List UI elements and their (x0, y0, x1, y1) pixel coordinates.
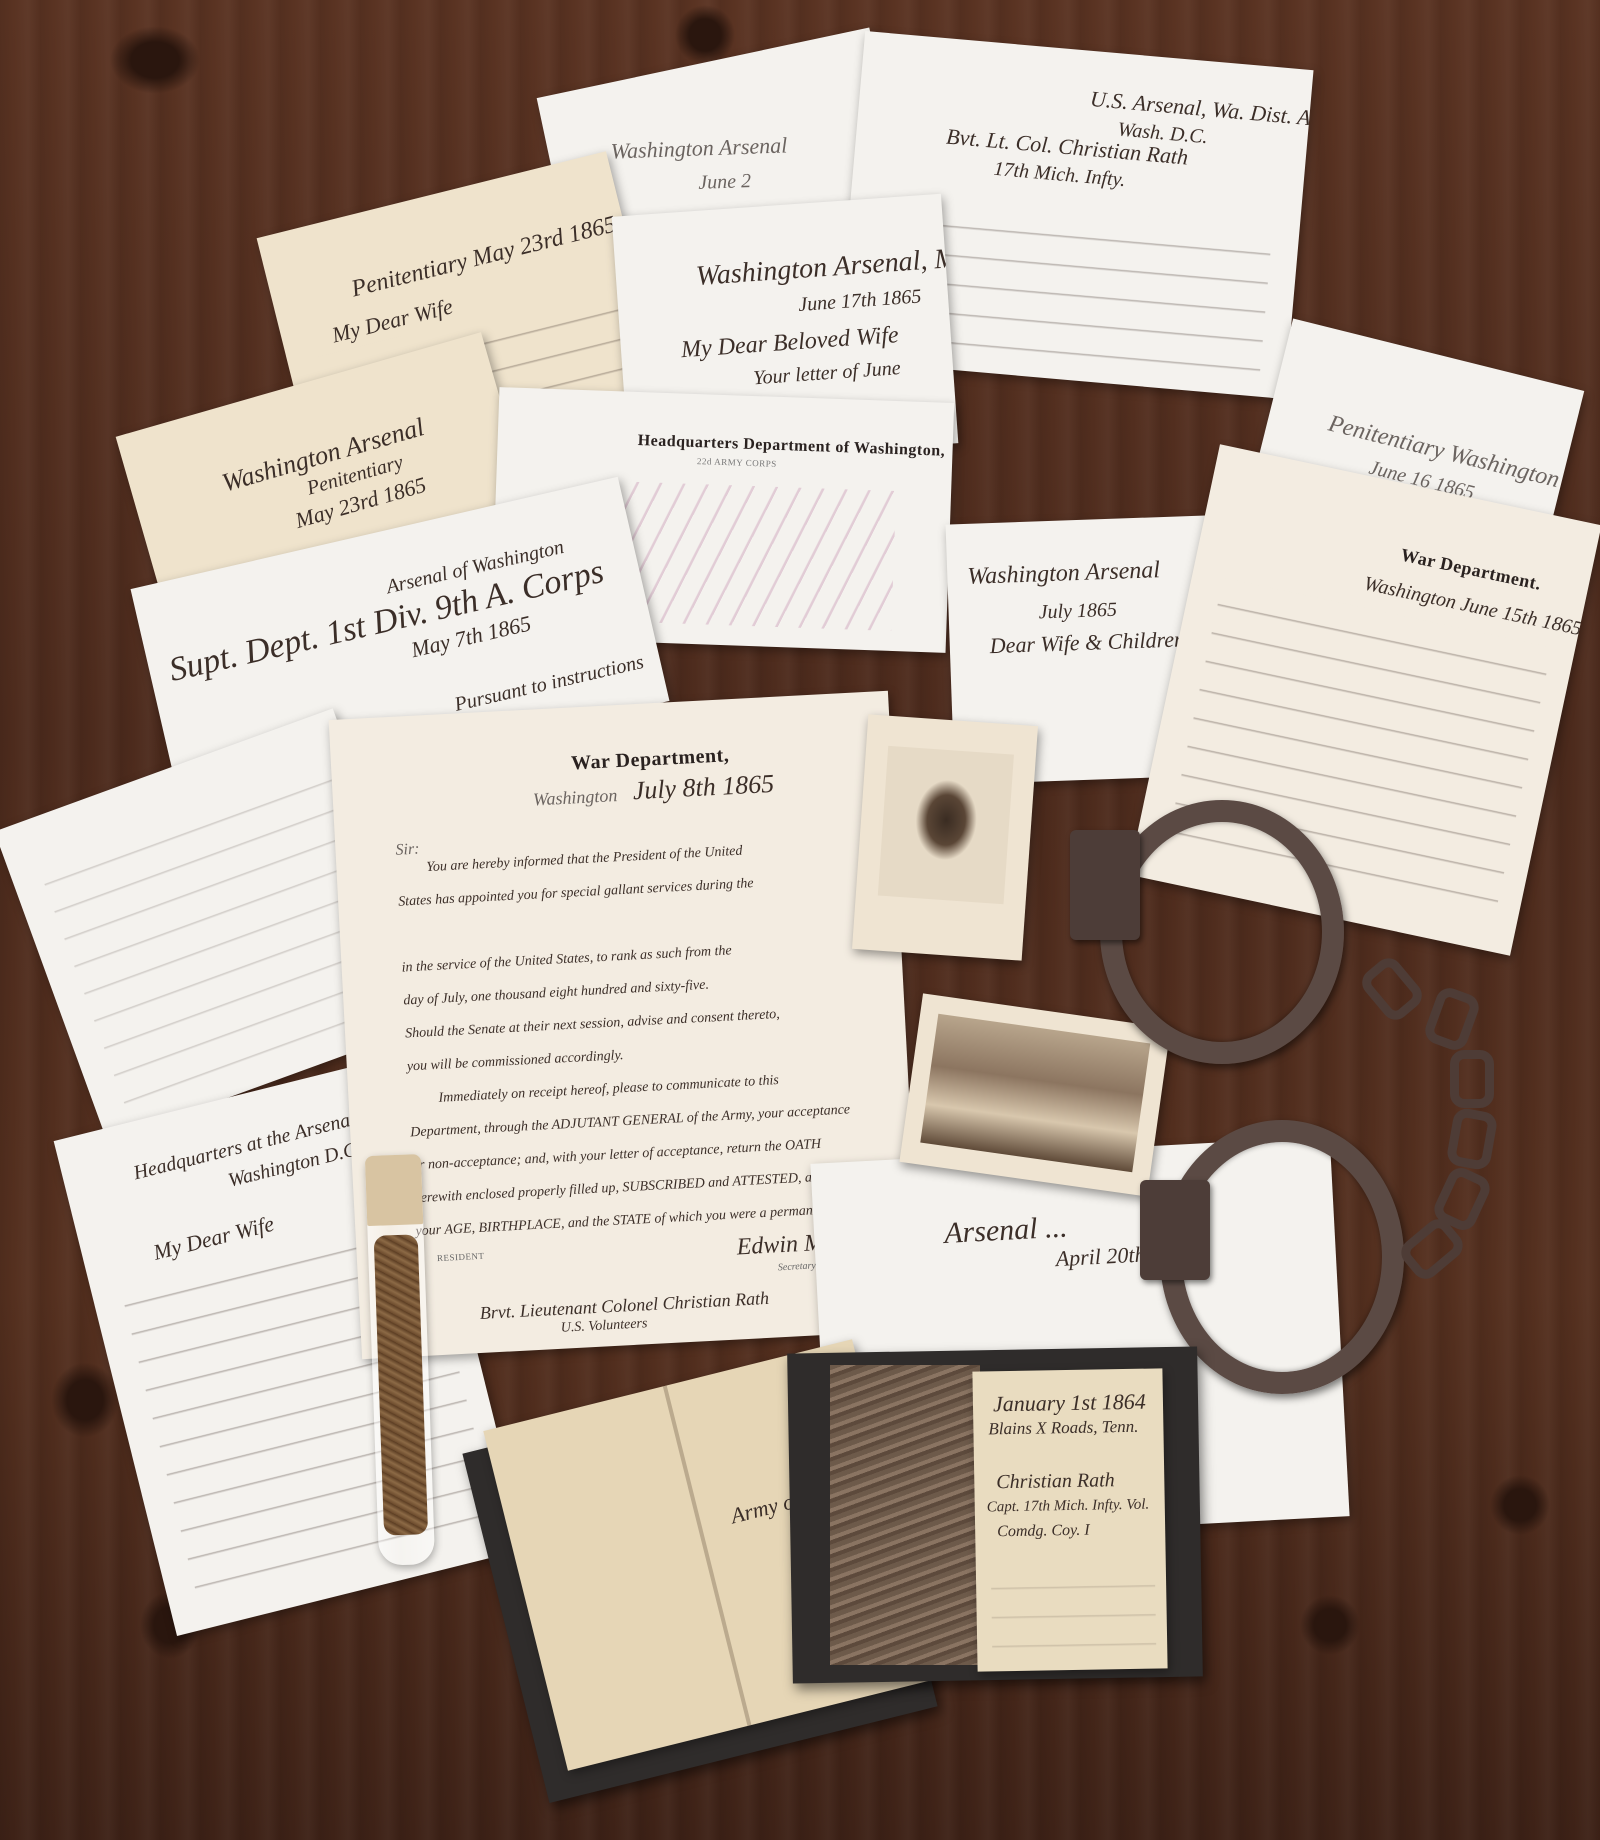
letter-salutation: My Dear Beloved Wife (680, 322, 899, 364)
portrait-officer (878, 746, 1014, 904)
commission-line: Should the Senate at their next session,… (405, 1007, 780, 1043)
letter-heading: Washington Arsenal (967, 557, 1161, 591)
commission-salutation: Sir: (395, 841, 420, 860)
letter-opening: Your letter of June (753, 357, 902, 390)
letter-heading: Penitentiary May 23rd 1865 (349, 211, 619, 303)
handcuff-hinge-bottom (1140, 1180, 1210, 1280)
commission-line: you will be commissioned accordingly. (407, 1048, 624, 1075)
handcuff-hinge-top (1070, 830, 1140, 940)
letterhead-title: Headquarters Department of Washington, (637, 432, 945, 461)
letter-date: June 2 (698, 170, 752, 195)
letter-date: June 17th 1865 (798, 285, 923, 317)
commission-line: herewith enclosed properly filled up, SU… (413, 1168, 864, 1208)
photo-image (920, 1014, 1150, 1173)
commission-line: day of July, one thousand eight hundred … (403, 978, 709, 1010)
commission-line: You are hereby informed that the Preside… (426, 844, 743, 877)
commission-line: Department, through the ADJUTANT GENERAL… (410, 1102, 851, 1141)
chain-link (1450, 1050, 1494, 1108)
letter-heading: Washington Arsenal (610, 132, 787, 164)
diary-notes (991, 1559, 1156, 1662)
diary-owner: Christian Rath (996, 1469, 1115, 1494)
commission-title: War Department, (571, 744, 730, 775)
commission-place: Washington (533, 785, 618, 810)
commission-line: in the service of the United States, to … (401, 943, 732, 976)
commission-line: or non-acceptance; and, with your letter… (412, 1137, 822, 1174)
order-heading: Supt. Dept. 1st Div. 9th A. Corps (166, 553, 608, 690)
letter-salutation: Dear Wife & Children (989, 626, 1185, 659)
book-spine-fold (663, 1385, 752, 1726)
commission-line: States has appointed you for special gal… (398, 876, 754, 911)
diary-command: Comdg. Coy. I (997, 1522, 1090, 1542)
letterhead-subtitle: 22d ARMY CORPS (697, 456, 777, 469)
resident-label: RESIDENT (437, 1251, 485, 1263)
diary-marbled-endpaper (830, 1365, 980, 1665)
diary-rank: Capt. 17th Mich. Infty. Vol. (987, 1497, 1150, 1517)
diary-place: Blains X Roads, Tenn. (988, 1417, 1138, 1440)
cdv-photo-scene (899, 993, 1170, 1196)
diary-page: January 1st 1864 Blains X Roads, Tenn. C… (972, 1368, 1167, 1671)
diary-date: January 1st 1864 (993, 1389, 1146, 1418)
commission-date: July 8th 1865 (632, 769, 775, 806)
cork-stopper (365, 1154, 423, 1226)
lock-of-hair (374, 1234, 428, 1535)
addressee-unit: U.S. Volunteers (560, 1316, 647, 1337)
crossed-handwriting (611, 481, 896, 631)
letter-date: July 1865 (1038, 599, 1117, 625)
commission-line: Immediately on receipt hereof, please to… (438, 1073, 779, 1107)
cdv-portrait (852, 714, 1038, 960)
letter-heading: Arsenal ... (943, 1211, 1068, 1251)
